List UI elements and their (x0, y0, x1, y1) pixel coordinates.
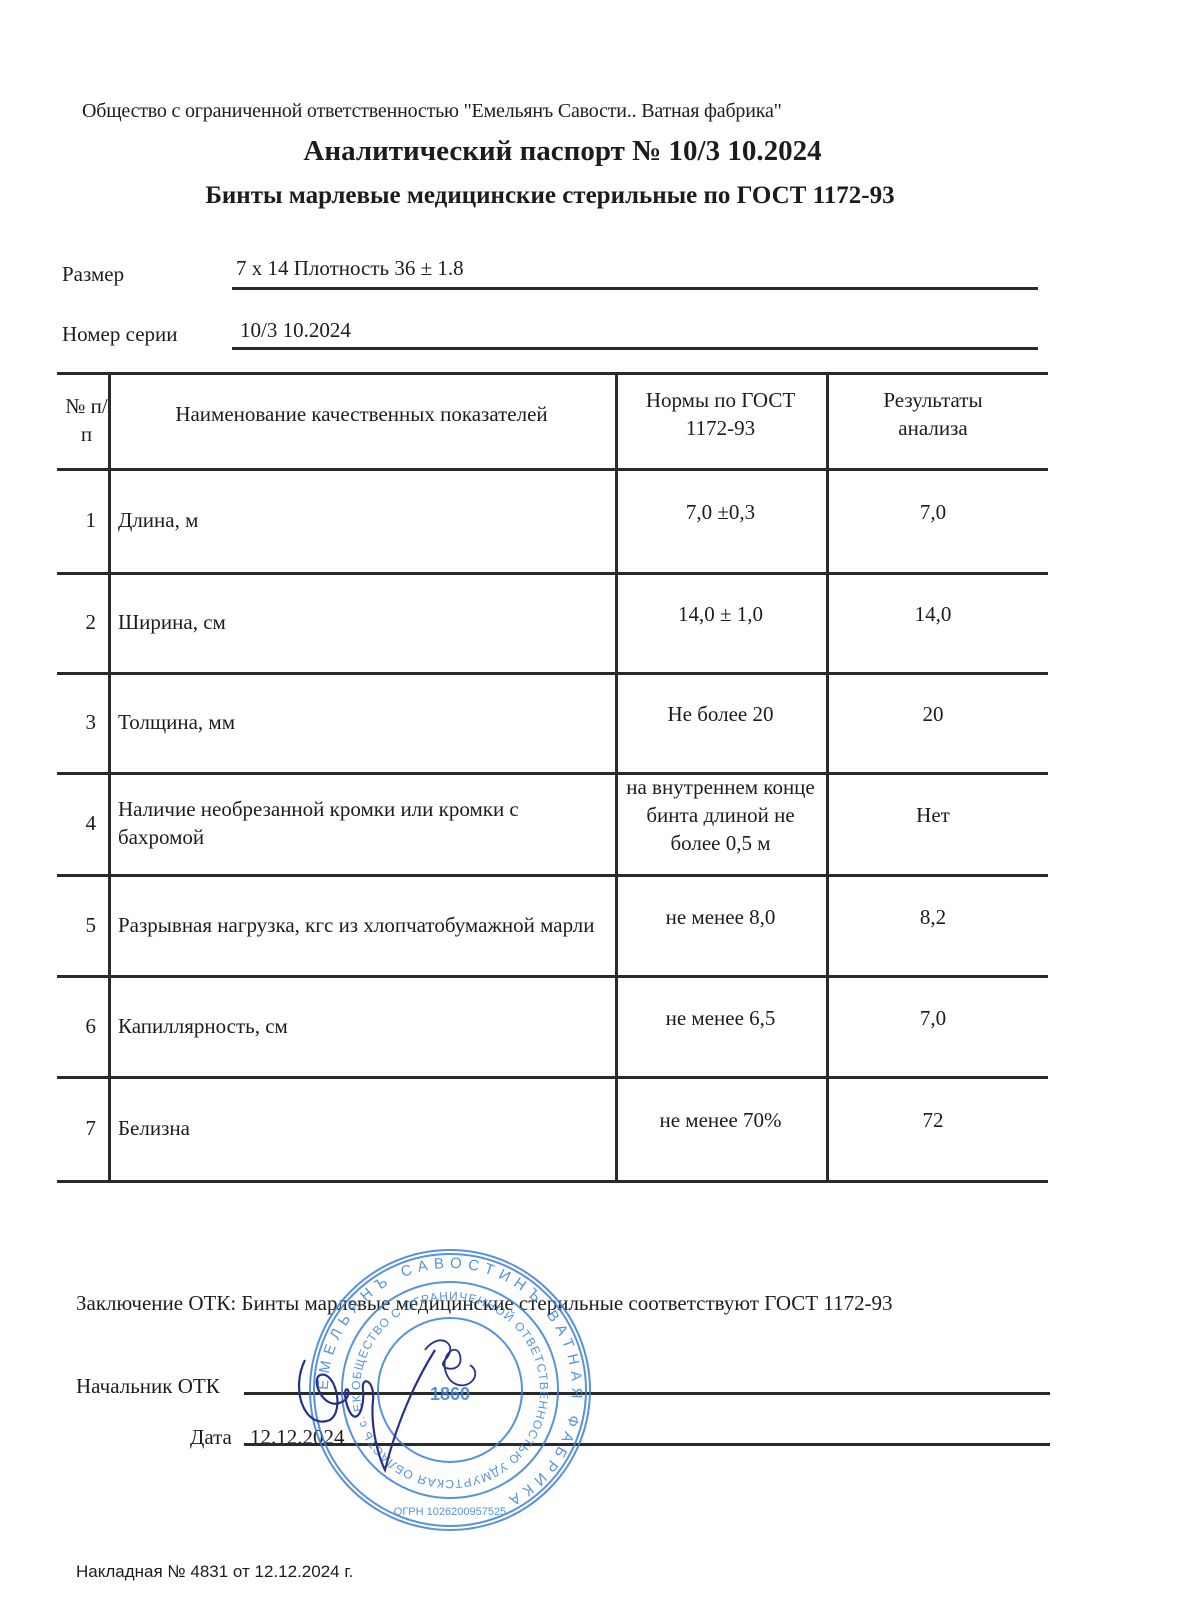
row-indicator-name: Наличие необрезанной кромки или кромки с… (118, 772, 605, 874)
series-label: Номер серии (62, 322, 178, 347)
row-result: 7,0 (826, 460, 1040, 564)
document-title: Аналитический паспорт № 10/3 10.2024 (0, 135, 1125, 168)
row-norm: на внутреннем конце бинта длиной не боле… (623, 764, 818, 866)
row-indicator-name: Белизна (118, 1076, 605, 1180)
table-col-rule (108, 372, 111, 1183)
row-number: 6 (65, 975, 96, 1076)
series-underline (232, 347, 1038, 350)
document-subtitle: Бинты марлевые медицинские стерильные по… (0, 182, 1100, 210)
row-norm: 7,0 ±0,3 (623, 460, 818, 564)
row-result: Нет (826, 764, 1040, 866)
row-norm: Не более 20 (623, 664, 818, 764)
row-indicator-name: Длина, м (118, 468, 605, 572)
row-number: 1 (65, 468, 96, 572)
row-norm: 14,0 ± 1,0 (623, 564, 818, 664)
waybill-reference: Накладная № 4831 от 12.12.2024 г. (76, 1562, 353, 1582)
signature-icon (285, 1320, 505, 1480)
date-label: Дата (190, 1425, 232, 1450)
row-result: 20 (826, 664, 1040, 764)
row-indicator-name: Ширина, см (118, 572, 605, 672)
row-number: 3 (65, 672, 96, 772)
row-number: 2 (65, 572, 96, 672)
row-norm: не менее 8,0 (623, 866, 818, 967)
row-number: 4 (65, 772, 96, 874)
table-rule (57, 1180, 1048, 1183)
size-underline (232, 287, 1038, 290)
header-name: Наименование качественных показателей (128, 366, 595, 462)
row-indicator-name: Разрывная нагрузка, кгс из хлопчатобумаж… (118, 874, 605, 975)
table-col-rule (615, 372, 618, 1183)
row-result: 7,0 (826, 967, 1040, 1068)
header-result: Результаты анализа (856, 366, 1010, 462)
header-norm: Нормы по ГОСТ 1172-93 (635, 366, 806, 462)
organization-name: Общество с ограниченной ответственностью… (82, 100, 782, 123)
series-value: 10/3 10.2024 (240, 318, 351, 343)
row-indicator-name: Капиллярность, см (118, 975, 605, 1076)
svg-text:ОГРН 1026200957525: ОГРН 1026200957525 (394, 1506, 506, 1518)
row-number: 5 (65, 874, 96, 975)
row-norm: не менее 6,5 (623, 967, 818, 1068)
row-indicator-name: Толщина, мм (118, 672, 605, 772)
row-number: 7 (65, 1076, 96, 1180)
size-label: Размер (62, 262, 124, 287)
otk-head-label: Начальник ОТК (76, 1374, 220, 1399)
row-result: 14,0 (826, 564, 1040, 664)
size-value: 7 х 14 Плотность 36 ± 1.8 (236, 256, 464, 281)
row-result: 8,2 (826, 866, 1040, 967)
row-result: 72 (826, 1068, 1040, 1172)
header-num: № п/п (65, 372, 108, 468)
row-norm: не менее 70% (623, 1068, 818, 1172)
